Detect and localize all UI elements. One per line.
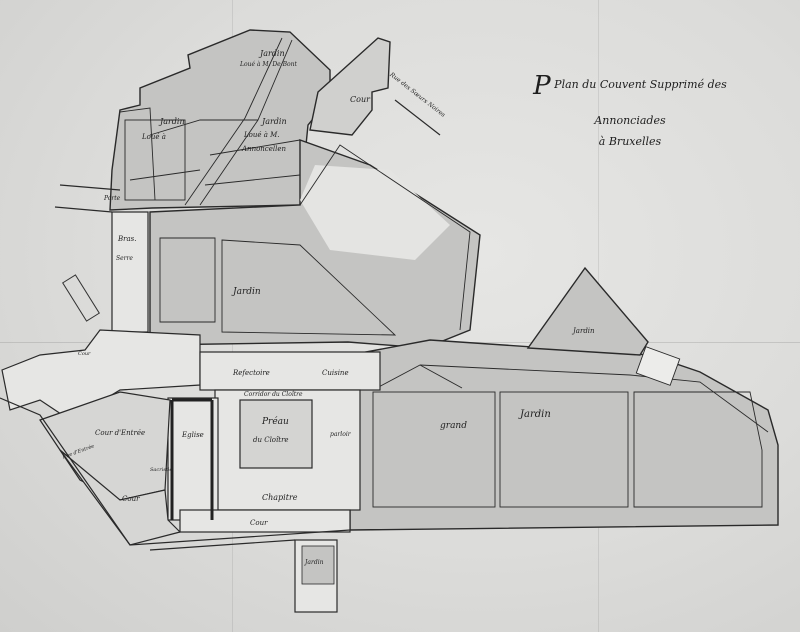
label-jardin-triangle: Jardin [573, 328, 595, 335]
label-porte: Porte [104, 196, 120, 202]
label-grand: grand [440, 422, 467, 431]
label-jardin-nw-top-sub: Loué à M. De Bont [240, 62, 297, 68]
label-jardin-nw-left: Jardin [160, 118, 185, 126]
label-bras: Bras. [118, 236, 136, 243]
label-jardin-south: Jardin [305, 560, 323, 566]
label-cour-south: Cour [122, 496, 139, 503]
label-preau: Préau [262, 418, 289, 427]
label-parloir: parloir [330, 432, 351, 438]
bras-serre-wing [112, 212, 148, 332]
title-line-1: Plan du Couvent Supprimé des Annonciades [554, 78, 727, 127]
label-jardin-nw-right: Jardin [262, 118, 287, 126]
label-cuisine: Cuisine [322, 370, 349, 377]
label-serre: Serre [116, 256, 133, 262]
label-refectoire: Refectoire [233, 370, 270, 377]
label-jardin-nw-top: Jardin [260, 50, 285, 58]
label-jardin-nw-right-sub2: Annoncellen [242, 146, 286, 153]
refectoire-wing [200, 352, 380, 390]
label-jardin-center: Jardin [233, 288, 261, 297]
label-cour-bottom: Cour [250, 520, 267, 527]
east-triangle-garden [528, 268, 648, 355]
label-cour-small: Cour [78, 352, 90, 357]
map-title: P Plan du Couvent Supprimé des Annonciad… [505, 62, 755, 153]
label-eglise: Eglise [182, 432, 204, 439]
label-cour-entree: Cour d'Entrée [95, 430, 145, 437]
label-chapitre: Chapitre [262, 494, 298, 502]
label-cour-north: Cour [350, 96, 370, 104]
label-du-cloitre: du Cloître [253, 437, 289, 444]
title-line-2: à Bruxelles [599, 135, 661, 148]
preau-courtyard [240, 400, 312, 468]
label-sacristie: Sacristie [150, 468, 172, 473]
map-sheet: P Plan du Couvent Supprimé des Annonciad… [0, 0, 800, 632]
label-jardin-nw-left-sub: Loué à [142, 134, 166, 141]
label-jardin-grand: Jardin [520, 410, 551, 420]
label-jardin-nw-right-sub1: Loué à M. [244, 132, 280, 139]
title-initial: P [533, 71, 551, 101]
label-corridor-cloitre: Corridor du Cloître [244, 392, 303, 398]
